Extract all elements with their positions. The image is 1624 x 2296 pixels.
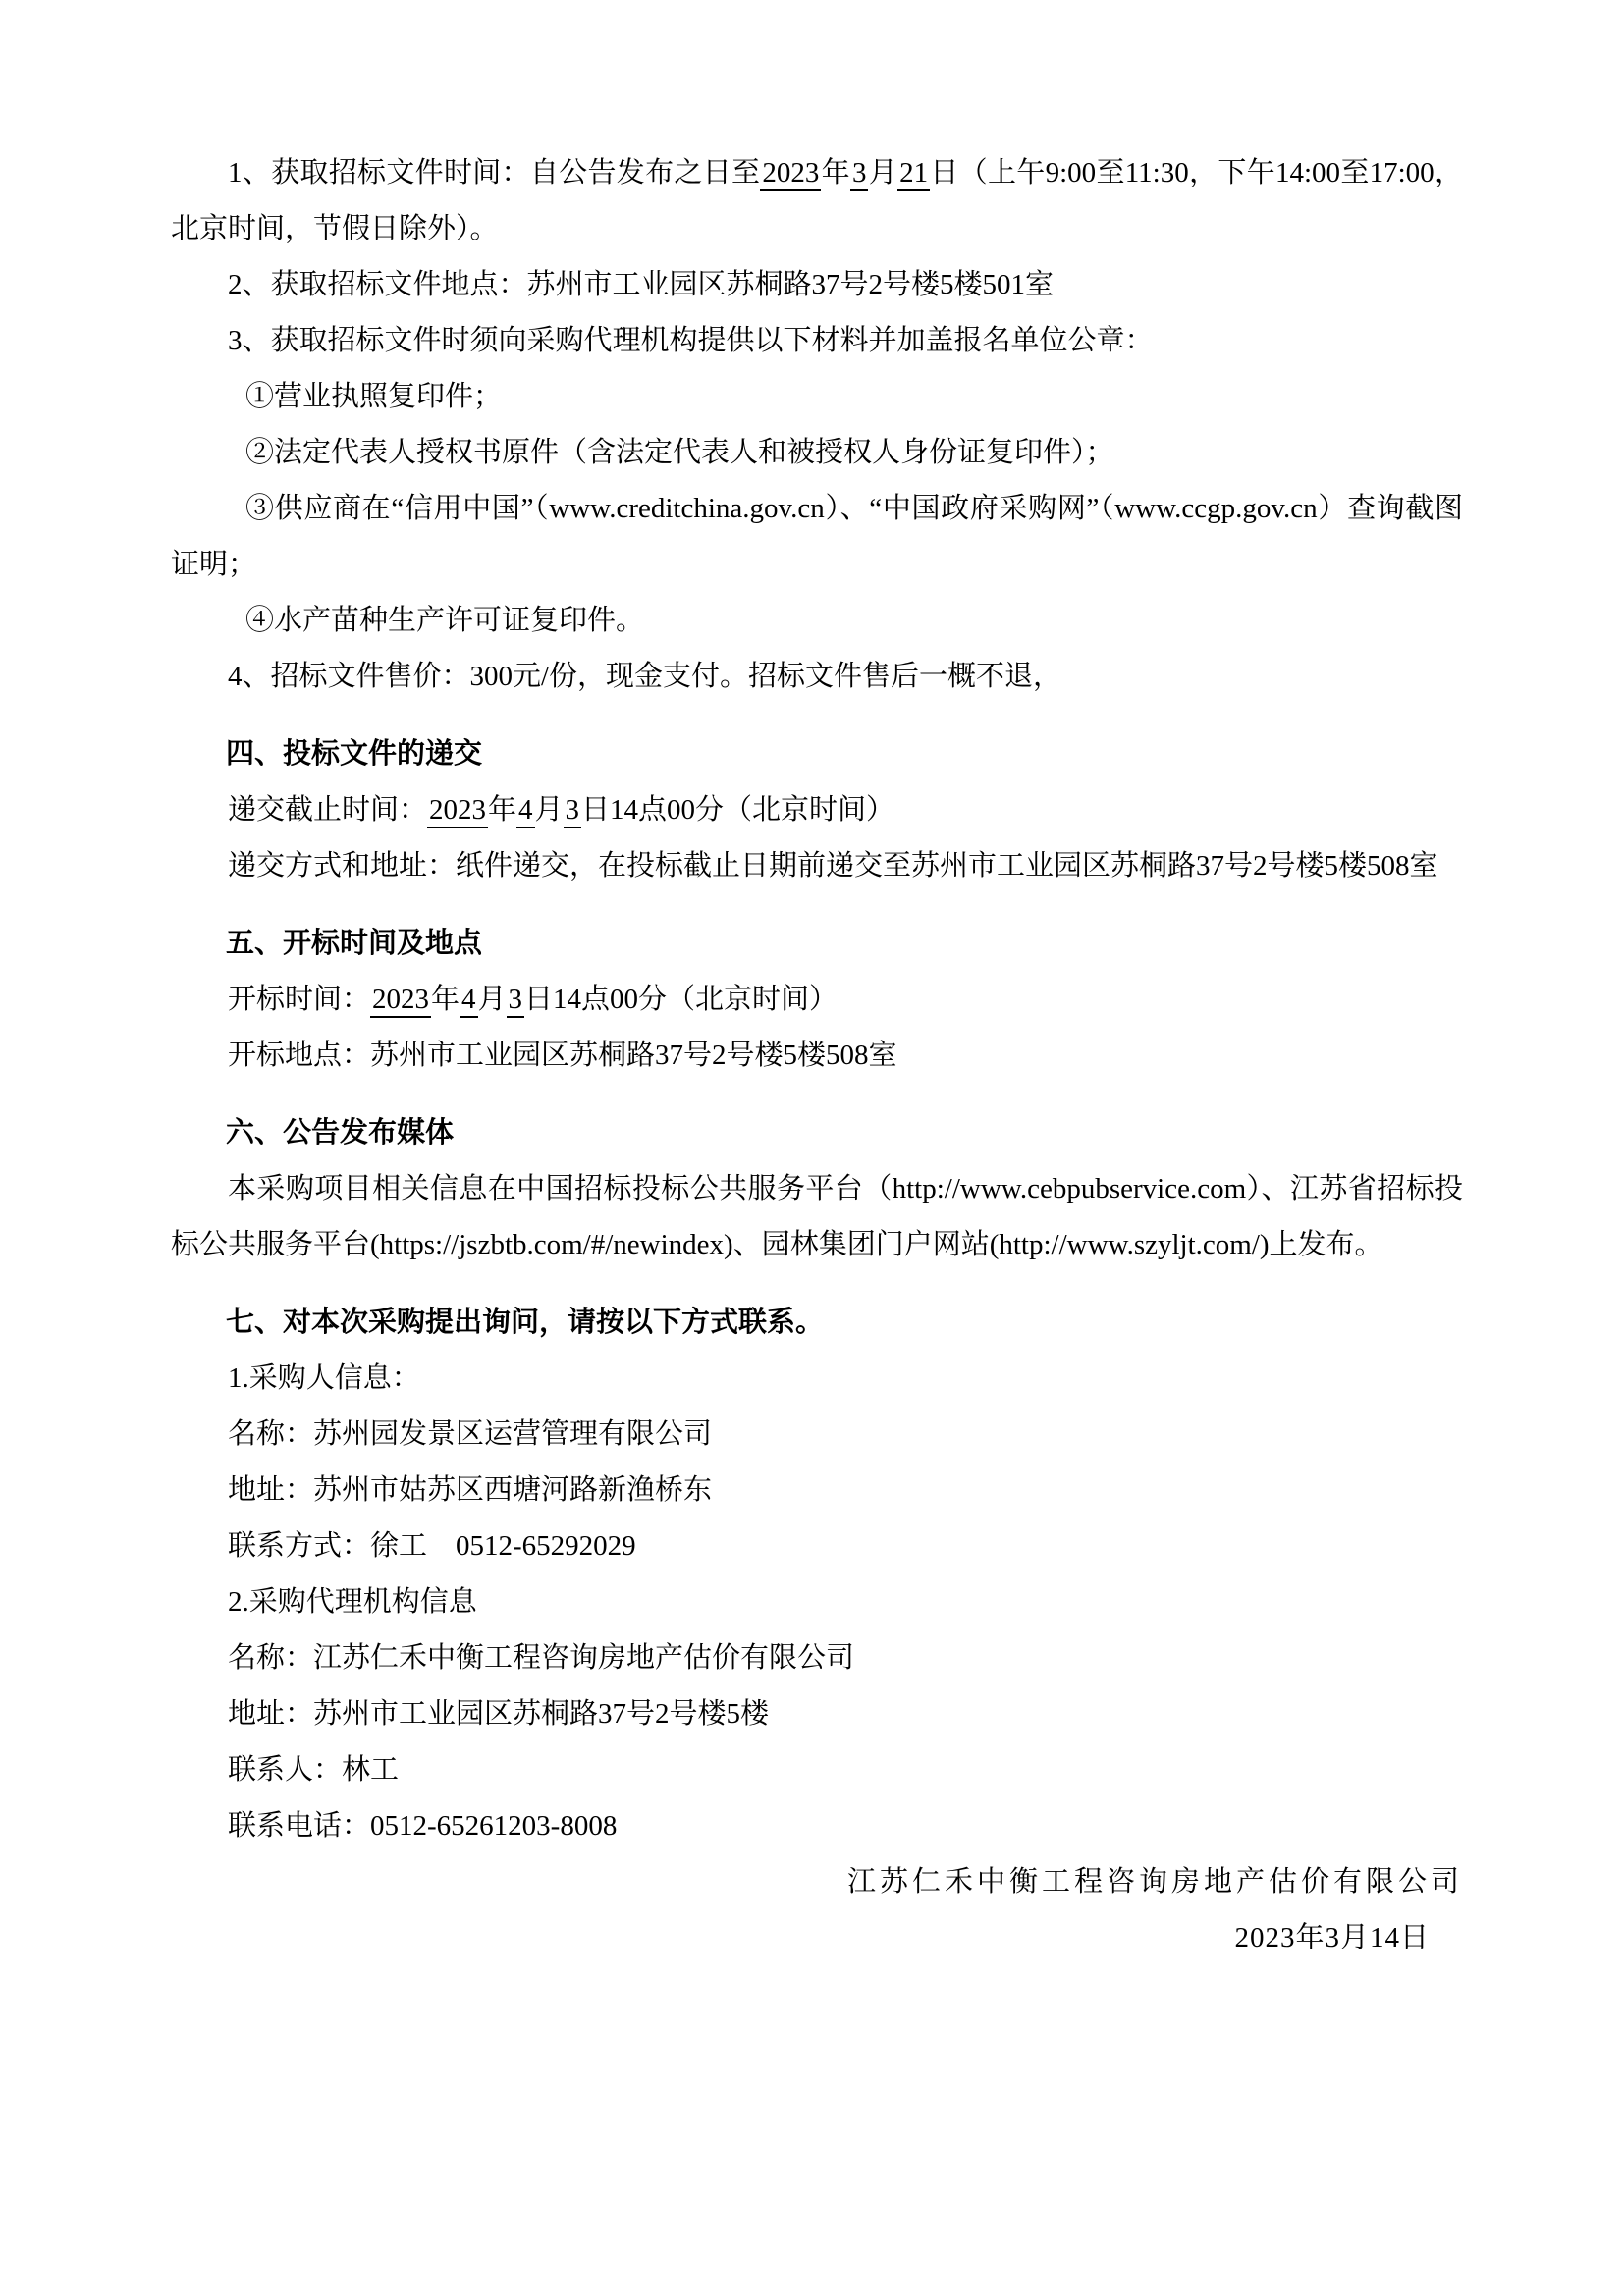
para-purchaser-info-label: 1.采购人信息： bbox=[171, 1351, 1463, 1407]
para-agency-phone: 联系电话：0512-65261203-8008 bbox=[171, 1798, 1463, 1854]
underlined-date-value: 2023 bbox=[760, 157, 821, 191]
text-run: 1.采购人信息： bbox=[228, 1362, 420, 1394]
document-page: 1、获取招标文件时间：自公告发布之日至2023年3月21日（上午9:00至11:… bbox=[0, 0, 1624, 2296]
text-run: ②法定代表人授权书原件（含法定代表人和被授权人身份证复印件）； bbox=[245, 437, 1114, 468]
text-run: 开标时间： bbox=[228, 984, 370, 1015]
text-run: 递交方式和地址：纸件递交，在投标截止日期前递交至苏州市工业园区苏桐路37号2号楼… bbox=[228, 850, 1438, 881]
heading-5-bid-opening: 五、开标时间及地点 bbox=[171, 916, 1463, 972]
text-run: ①营业执照复印件； bbox=[245, 381, 502, 412]
text-run: 开标地点：苏州市工业园区苏桐路37号2号楼5楼508室 bbox=[228, 1040, 897, 1071]
text-run: 日14点00分（北京时间） bbox=[581, 794, 894, 826]
heading-6-announcement-media: 六、公告发布媒体 bbox=[171, 1105, 1463, 1161]
para-3-required-materials: 3、获取招标文件时须向采购代理机构提供以下材料并加盖报名单位公章： bbox=[171, 313, 1463, 369]
para-2-obtain-place: 2、获取招标文件地点：苏州市工业园区苏桐路37号2号楼5楼501室 bbox=[171, 257, 1463, 313]
text-run: 年 bbox=[431, 984, 460, 1015]
text-run: 江苏仁禾中衡工程咨询房地产估价有限公司 bbox=[847, 1866, 1463, 1897]
item-3-credit-screenshot: ③供应商在“信用中国”（www.creditchina.gov.cn）、“中国政… bbox=[171, 481, 1463, 593]
text-run: 五、开标时间及地点 bbox=[226, 928, 482, 959]
para-submission-method: 递交方式和地址：纸件递交，在投标截止日期前递交至苏州市工业园区苏桐路37号2号楼… bbox=[171, 838, 1463, 894]
text-run: 本采购项目相关信息在中国招标投标公共服务平台（http://www.cebpub… bbox=[171, 1173, 1463, 1260]
para-purchaser-address: 地址：苏州市姑苏区西塘河路新渔桥东 bbox=[171, 1463, 1463, 1519]
para-submission-deadline: 递交截止时间：2023年4月3日14点00分（北京时间） bbox=[171, 782, 1463, 838]
underlined-date-value: 2023 bbox=[427, 794, 488, 828]
text-run: 递交截止时间： bbox=[228, 794, 427, 826]
item-4-aquatic-seed-license: ④水产苗种生产许可证复印件。 bbox=[171, 593, 1463, 649]
underlined-date-value: 21 bbox=[897, 157, 930, 191]
para-agency-info-label: 2.采购代理机构信息 bbox=[171, 1575, 1463, 1630]
text-run: 月 bbox=[535, 794, 564, 826]
para-agency-name: 名称：江苏仁禾中衡工程咨询房地产估价有限公司 bbox=[171, 1630, 1463, 1686]
text-run: 月 bbox=[478, 984, 507, 1015]
underlined-date-value: 4 bbox=[516, 794, 535, 828]
para-1-obtain-time: 1、获取招标文件时间：自公告发布之日至2023年3月21日（上午9:00至11:… bbox=[171, 145, 1463, 257]
underlined-date-value: 3 bbox=[507, 984, 525, 1018]
text-run: 名称：苏州园发景区运营管理有限公司 bbox=[228, 1418, 712, 1450]
para-purchaser-contact: 联系方式：徐工 0512-65292029 bbox=[171, 1519, 1463, 1575]
para-agency-address: 地址：苏州市工业园区苏桐路37号2号楼5楼 bbox=[171, 1686, 1463, 1742]
signature-company: 江苏仁禾中衡工程咨询房地产估价有限公司 bbox=[171, 1854, 1463, 1910]
text-run: 2、获取招标文件地点：苏州市工业园区苏桐路37号2号楼5楼501室 bbox=[228, 269, 1054, 300]
text-run: 联系电话：0512-65261203-8008 bbox=[228, 1810, 617, 1842]
text-run: 1、获取招标文件时间：自公告发布之日至 bbox=[228, 157, 760, 188]
heading-7-inquiry-contact: 七、对本次采购提出询问，请按以下方式联系。 bbox=[171, 1295, 1463, 1351]
signature-date: 2023年3月14日 bbox=[171, 1910, 1463, 1966]
para-announcement-media: 本采购项目相关信息在中国招标投标公共服务平台（http://www.cebpub… bbox=[171, 1161, 1463, 1273]
text-run: 六、公告发布媒体 bbox=[226, 1117, 454, 1148]
text-run: 联系方式：徐工 0512-65292029 bbox=[228, 1530, 636, 1562]
item-1-business-license: ①营业执照复印件； bbox=[171, 369, 1463, 425]
text-run: 2.采购代理机构信息 bbox=[228, 1586, 477, 1618]
text-run: ④水产苗种生产许可证复印件。 bbox=[245, 605, 644, 636]
para-opening-place: 开标地点：苏州市工业园区苏桐路37号2号楼5楼508室 bbox=[171, 1028, 1463, 1084]
text-run: 地址：苏州市工业园区苏桐路37号2号楼5楼 bbox=[228, 1698, 769, 1730]
text-run: 联系人：林工 bbox=[228, 1754, 399, 1786]
document-body: 1、获取招标文件时间：自公告发布之日至2023年3月21日（上午9:00至11:… bbox=[0, 0, 1624, 1966]
para-4-document-price: 4、招标文件售价：300元/份，现金支付。招标文件售后一概不退， bbox=[171, 649, 1463, 705]
text-run: 日14点00分（北京时间） bbox=[524, 984, 838, 1015]
para-agency-contact-person: 联系人：林工 bbox=[171, 1742, 1463, 1798]
item-2-authorization-letter: ②法定代表人授权书原件（含法定代表人和被授权人身份证复印件）； bbox=[171, 425, 1463, 481]
text-run: 四、投标文件的递交 bbox=[226, 738, 482, 770]
para-opening-time: 开标时间：2023年4月3日14点00分（北京时间） bbox=[171, 972, 1463, 1028]
underlined-date-value: 2023 bbox=[370, 984, 431, 1018]
text-run: 名称：江苏仁禾中衡工程咨询房地产估价有限公司 bbox=[228, 1642, 854, 1674]
text-run: 地址：苏州市姑苏区西塘河路新渔桥东 bbox=[228, 1474, 712, 1506]
heading-4-bid-submission: 四、投标文件的递交 bbox=[171, 726, 1463, 782]
text-run: 年 bbox=[488, 794, 516, 826]
text-run: 七、对本次采购提出询问，请按以下方式联系。 bbox=[226, 1307, 824, 1338]
text-run: 年 bbox=[821, 157, 850, 188]
underlined-date-value: 4 bbox=[460, 984, 478, 1018]
underlined-date-value: 3 bbox=[564, 794, 582, 828]
text-run: 3、获取招标文件时须向采购代理机构提供以下材料并加盖报名单位公章： bbox=[228, 325, 1154, 356]
para-purchaser-name: 名称：苏州园发景区运营管理有限公司 bbox=[171, 1407, 1463, 1463]
text-run: ③供应商在“信用中国”（www.creditchina.gov.cn）、“中国政… bbox=[171, 493, 1463, 580]
text-run: 2023年3月14日 bbox=[1234, 1922, 1430, 1953]
text-run: 4、招标文件售价：300元/份，现金支付。招标文件售后一概不退， bbox=[228, 661, 1061, 692]
text-run: 月 bbox=[868, 157, 897, 188]
underlined-date-value: 3 bbox=[850, 157, 869, 191]
